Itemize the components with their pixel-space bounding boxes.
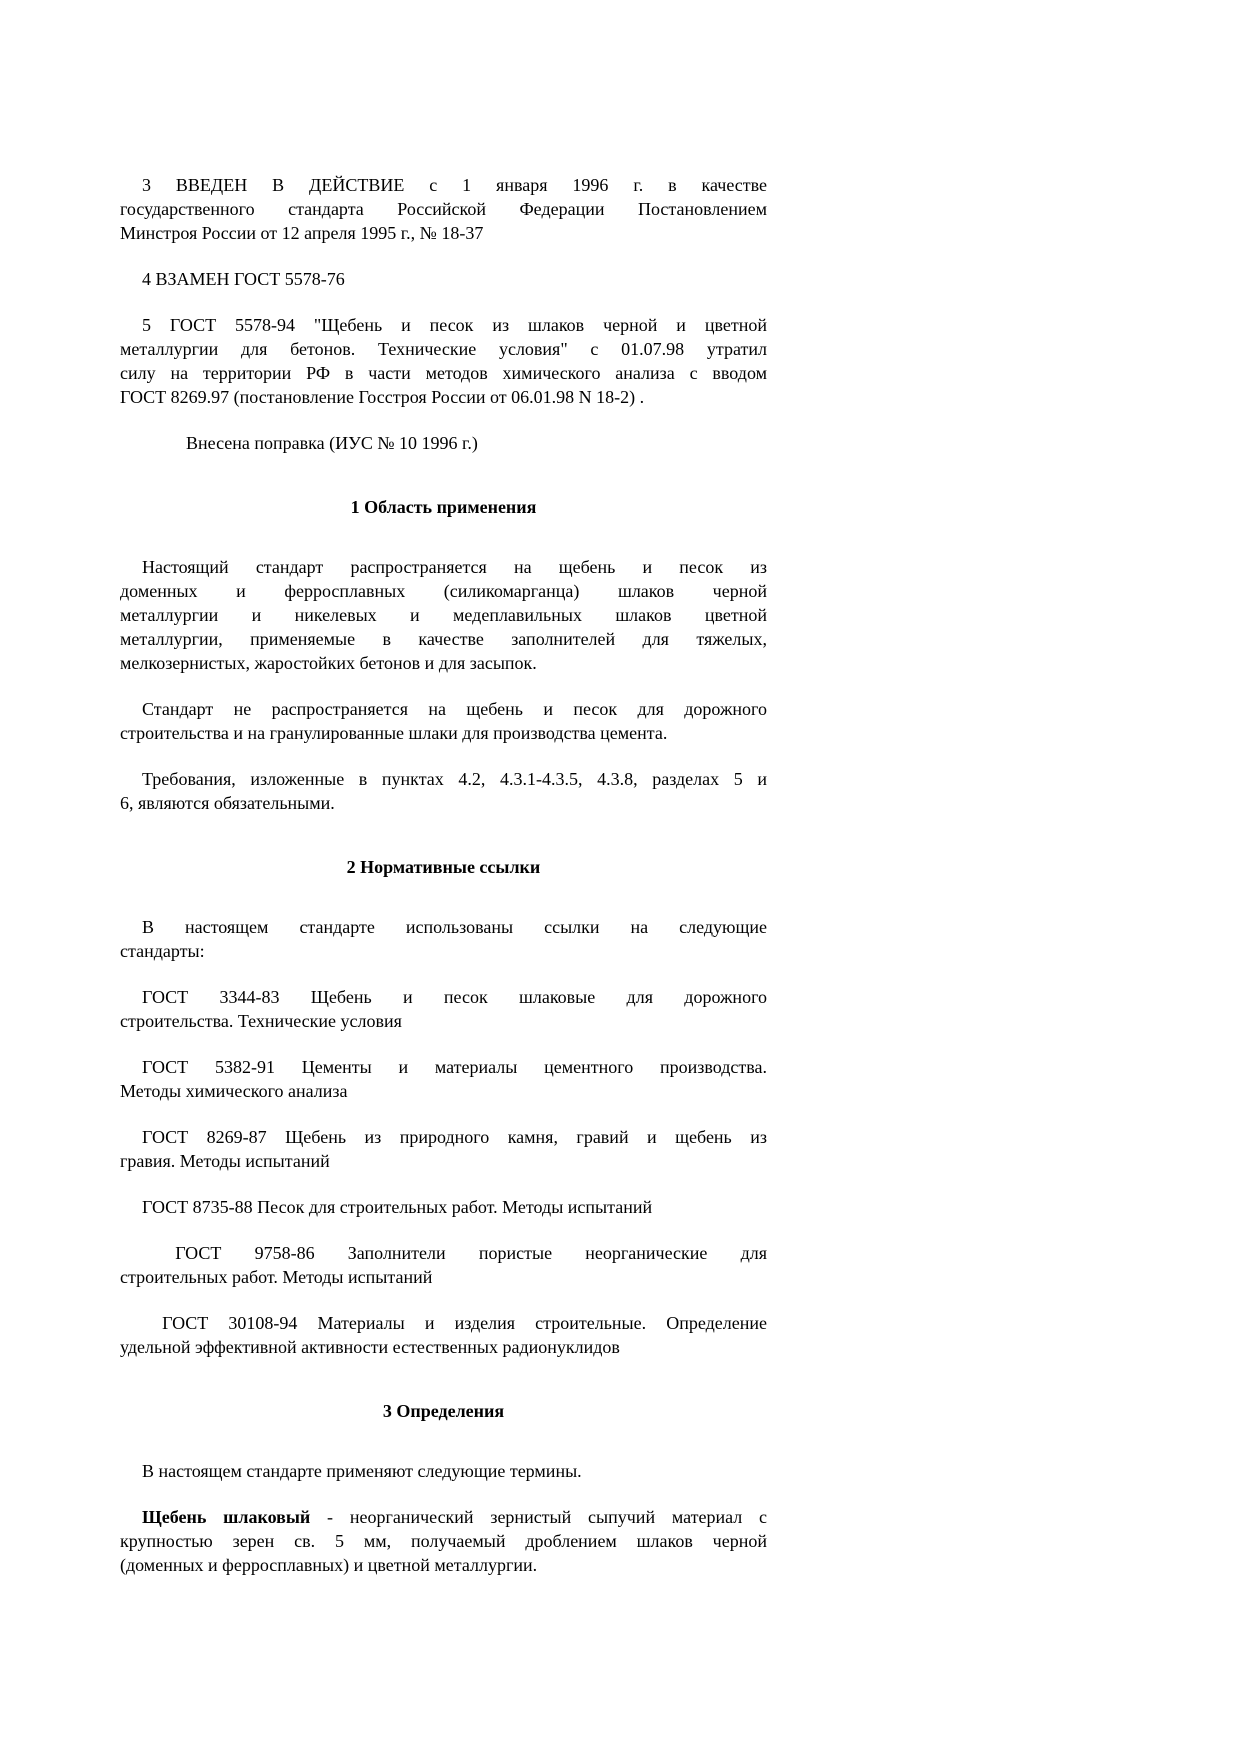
text-line: металлургии для бетонов. Технические усл… [120,337,767,361]
text-line: строительных работ. Методы испытаний [120,1265,767,1289]
text-line: крупностью зерен св. 5 мм, получаемый др… [120,1529,767,1553]
paragraph: Требования, изложенные в пунктах 4.2, 4.… [120,767,767,815]
paragraph: ГОСТ 9758-86 Заполнители пористые неорга… [120,1241,767,1289]
text-line: ГОСТ 5382-91 Цементы и материалы цементн… [120,1055,767,1079]
paragraph: 3 ВВЕДЕН В ДЕЙСТВИЕ с 1 января 1996 г. в… [120,173,767,245]
text-line: ГОСТ 8735-88 Песок для строительных рабо… [120,1195,767,1219]
amendment-note: Внесена поправка (ИУС № 10 1996 г.) [120,431,767,455]
text-line: гравия. Методы испытаний [120,1149,767,1173]
paragraph: 5 ГОСТ 5578-94 "Щебень и песок из шлаков… [120,313,767,409]
text-line: удельной эффективной активности естестве… [120,1335,767,1359]
text-line: 6, являются обязательными. [120,791,767,815]
paragraph: ГОСТ 3344-83 Щебень и песок шлаковые для… [120,985,767,1033]
text-line: В настоящем стандарте применяют следующи… [120,1459,767,1483]
definition-paragraph: Щебень шлаковый - неорганический зернист… [120,1505,767,1577]
text-line: ГОСТ 30108-94 Материалы и изделия строит… [120,1311,767,1335]
paragraph: Настоящий стандарт распространяется на щ… [120,555,767,675]
text-line: Настоящий стандарт распространяется на щ… [120,555,767,579]
text-line: стандарты: [120,939,767,963]
text-line: ГОСТ 8269.97 (постановление Госстроя Рос… [120,385,767,409]
text-line: государственного стандарта Российской Фе… [120,197,767,221]
text-line: Стандарт не распространяется на щебень и… [120,697,767,721]
section-heading: 2 Нормативные ссылки [120,837,767,879]
text-line: ГОСТ 9758-86 Заполнители пористые неорга… [120,1241,767,1265]
paragraph: Стандарт не распространяется на щебень и… [120,697,767,745]
text-line: ГОСТ 3344-83 Щебень и песок шлаковые для… [120,985,767,1009]
text-line: мелкозернистых, жаростойких бетонов и дл… [120,651,767,675]
text-line: строительства. Технические условия [120,1009,767,1033]
text-line: строительства и на гранулированные шлаки… [120,721,767,745]
text-line: 5 ГОСТ 5578-94 "Щебень и песок из шлаков… [120,313,767,337]
definition-term-description: - неорганический зернистый сыпучий матер… [310,1507,767,1527]
text-line: (доменных и ферросплавных) и цветной мет… [120,1553,767,1577]
paragraph: В настоящем стандарте применяют следующи… [120,1459,767,1483]
paragraph: В настоящем стандарте использованы ссылк… [120,915,767,963]
text-line: В настоящем стандарте использованы ссылк… [120,915,767,939]
text-line: Требования, изложенные в пунктах 4.2, 4.… [120,767,767,791]
paragraph: ГОСТ 30108-94 Материалы и изделия строит… [120,1311,767,1359]
text-line: доменных и ферросплавных (силикомарганца… [120,579,767,603]
text-line: силу на территории РФ в части методов хи… [120,361,767,385]
document-content: 3 ВВЕДЕН В ДЕЙСТВИЕ с 1 января 1996 г. в… [120,0,767,1577]
section-heading: 1 Область применения [120,477,767,519]
paragraph: ГОСТ 5382-91 Цементы и материалы цементн… [120,1055,767,1103]
text-line: металлургии, применяемые в качестве запо… [120,627,767,651]
section-heading: 3 Определения [120,1381,767,1423]
paragraph: ГОСТ 8269-87 Щебень из природного камня,… [120,1125,767,1173]
text-line: металлургии и никелевых и медеплавильных… [120,603,767,627]
document-page: 3 ВВЕДЕН В ДЕЙСТВИЕ с 1 января 1996 г. в… [0,0,1240,1755]
text-line: 3 ВВЕДЕН В ДЕЙСТВИЕ с 1 января 1996 г. в… [120,173,767,197]
text-line: 4 ВЗАМЕН ГОСТ 5578-76 [120,267,767,291]
paragraph: 4 ВЗАМЕН ГОСТ 5578-76 [120,267,767,291]
text-line: Методы химического анализа [120,1079,767,1103]
text-line: Минстроя России от 12 апреля 1995 г., № … [120,221,767,245]
text-line: Щебень шлаковый - неорганический зернист… [120,1505,767,1529]
paragraph: ГОСТ 8735-88 Песок для строительных рабо… [120,1195,767,1219]
definition-term: Щебень шлаковый [142,1507,310,1527]
text-line: ГОСТ 8269-87 Щебень из природного камня,… [120,1125,767,1149]
